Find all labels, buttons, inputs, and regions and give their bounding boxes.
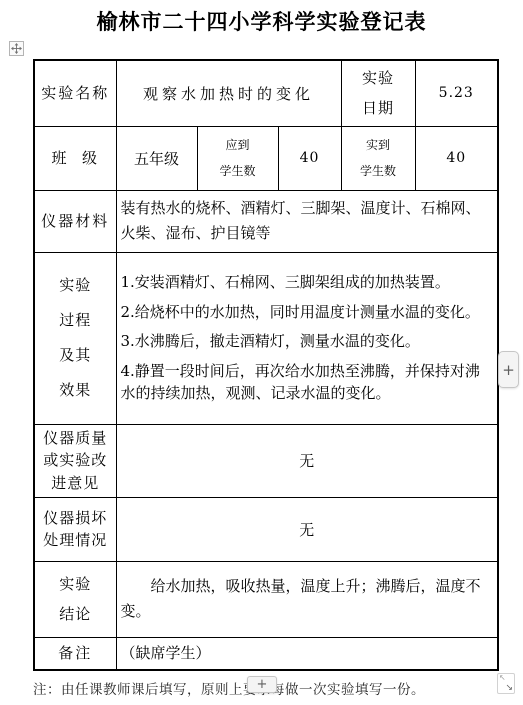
row-damage: 仪器损坏处理情况 无 xyxy=(34,497,498,561)
experiment-name-label-cell: 实验名称 xyxy=(34,60,116,126)
actual-label-line2: 学生数 xyxy=(360,164,396,178)
process-step-3: 3.水沸腾后，撤走酒精灯，测量水温的变化。 xyxy=(121,330,494,353)
experiment-date-value-cell: 5.23 xyxy=(415,60,498,126)
process-label-line1: 实验 xyxy=(59,276,91,294)
add-row-button[interactable]: + xyxy=(247,676,277,693)
process-label-cell: 实验 过程 及其 效果 xyxy=(34,252,116,424)
row-process: 实验 过程 及其 效果 1.安装酒精灯、石棉网、三脚架组成的加热装置。 2.给烧… xyxy=(34,252,498,424)
class-label-cell: 班 级 xyxy=(34,126,116,190)
process-label-line4: 效果 xyxy=(59,381,91,399)
process-label-line3: 及其 xyxy=(59,346,91,364)
row-remarks: 备注 （缺席学生） xyxy=(34,637,498,670)
materials-label-cell: 仪器材料 xyxy=(34,190,116,252)
remarks-label-cell: 备注 xyxy=(34,637,116,670)
quality-label-cell: 仪器质量或实验改进意见 xyxy=(34,424,116,497)
add-column-button[interactable]: + xyxy=(498,351,519,388)
actual-label-line1: 实到 xyxy=(366,138,390,152)
resize-diagonal-icon: ↘ xyxy=(505,683,513,693)
experiment-registration-table: 实验名称 观察水加热时的变化 实验 日期 5.23 班 级 五年级 应到 学生数 xyxy=(33,59,499,671)
row-conclusion: 实验 结论 给水加热，吸收热量，温度上升；沸腾后，温度不变。 xyxy=(34,561,498,637)
process-value-cell: 1.安装酒精灯、石棉网、三脚架组成的加热装置。 2.给烧杯中的水加热，同时用温度… xyxy=(116,252,498,424)
actual-students-label-cell: 实到 学生数 xyxy=(341,126,415,190)
row-class: 班 级 五年级 应到 学生数 40 实到 学生数 40 xyxy=(34,126,498,190)
conclusion-value-cell: 给水加热，吸收热量，温度上升；沸腾后，温度不变。 xyxy=(116,561,498,637)
plus-icon: + xyxy=(502,361,515,379)
expected-label-line2: 学生数 xyxy=(219,164,255,178)
conclusion-label-line2: 结论 xyxy=(59,605,91,623)
process-step-1: 1.安装酒精灯、石棉网、三脚架组成的加热装置。 xyxy=(121,271,494,294)
quality-value-cell: 无 xyxy=(116,424,498,497)
table-move-handle[interactable] xyxy=(9,41,24,56)
grade-value-cell: 五年级 xyxy=(116,126,197,190)
conclusion-label-cell: 实验 结论 xyxy=(34,561,116,637)
row-experiment-name: 实验名称 观察水加热时的变化 实验 日期 5.23 xyxy=(34,60,498,126)
actual-students-value-cell: 40 xyxy=(415,126,498,190)
expected-students-value-cell: 40 xyxy=(278,126,341,190)
experiment-name-value-cell: 观察水加热时的变化 xyxy=(116,60,341,126)
resize-diagonal-icon: ↖ xyxy=(499,673,506,682)
process-step-2: 2.给烧杯中的水加热，同时用温度计测量水温的变化。 xyxy=(121,301,494,324)
page-title: 榆林市二十四小学科学实验登记表 xyxy=(0,6,523,36)
row-quality: 仪器质量或实验改进意见 无 xyxy=(34,424,498,497)
plus-icon: + xyxy=(257,677,268,692)
conclusion-label-line1: 实验 xyxy=(59,575,91,593)
damage-label-cell: 仪器损坏处理情况 xyxy=(34,497,116,561)
footer-note: 注：由任课教师课后填写，原则上要求每做一次实验填写一份。 xyxy=(33,678,425,698)
process-step-4: 4.静置一段时间后，再次给水加热至沸腾，并保持对沸水的持续加热，观测、记录水温的… xyxy=(121,360,494,405)
document-page: 榆林市二十四小学科学实验登记表 实验名称 观察水加热时的变化 实验 日期 xyxy=(0,0,523,705)
move-icon xyxy=(11,43,22,54)
experiment-date-label-line1: 实验 xyxy=(362,69,394,87)
materials-value-cell: 装有热水的烧杯、酒精灯、三脚架、温度计、石棉网、火柴、湿布、护目镜等 xyxy=(116,190,498,252)
expected-label-line1: 应到 xyxy=(225,138,249,152)
expected-students-label-cell: 应到 学生数 xyxy=(197,126,278,190)
row-materials: 仪器材料 装有热水的烧杯、酒精灯、三脚架、温度计、石棉网、火柴、湿布、护目镜等 xyxy=(34,190,498,252)
process-label-line2: 过程 xyxy=(59,311,91,329)
table-resize-handle[interactable]: ↖ ↘ xyxy=(497,673,515,694)
damage-value-cell: 无 xyxy=(116,497,498,561)
remarks-value-cell: （缺席学生） xyxy=(116,637,498,670)
experiment-date-label-line2: 日期 xyxy=(362,99,394,117)
experiment-date-label-cell: 实验 日期 xyxy=(341,60,415,126)
